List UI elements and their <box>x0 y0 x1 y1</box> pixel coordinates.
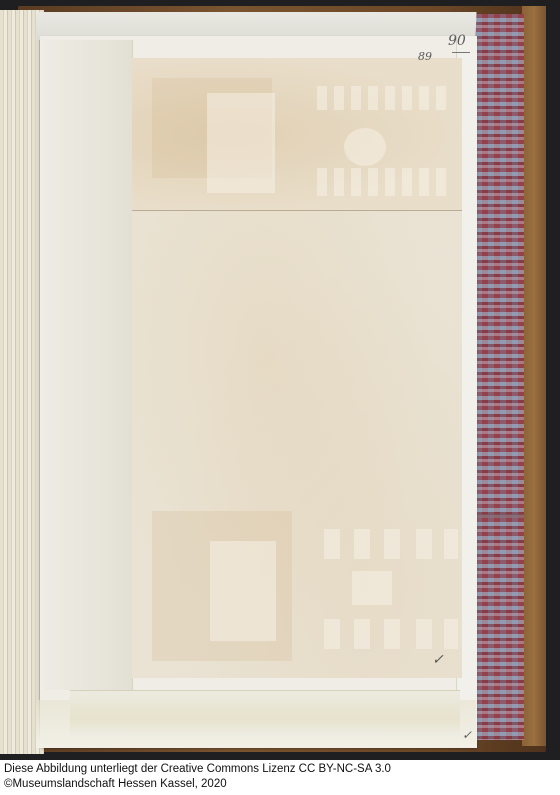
faded-round-window <box>344 128 386 166</box>
faded-window <box>402 86 412 110</box>
faded-window <box>384 619 400 649</box>
faded-window <box>324 619 340 649</box>
faded-window <box>385 86 395 110</box>
faded-window <box>334 86 344 110</box>
faded-window-block <box>207 93 275 193</box>
faded-window <box>444 619 458 649</box>
print-lower-panel <box>132 211 462 678</box>
faded-window <box>317 168 327 196</box>
book-board-edge <box>522 6 546 746</box>
mounting-left-margin <box>44 40 133 690</box>
faded-window <box>419 168 429 196</box>
scanned-photo: 89 90 ✓ ✓ <box>0 0 560 760</box>
faded-window <box>354 619 370 649</box>
faded-window-block <box>210 541 276 641</box>
marbled-paper-edge <box>476 14 524 740</box>
faded-window <box>416 619 432 649</box>
handwritten-page-number-89: 89 <box>418 50 432 63</box>
faded-window <box>444 529 458 559</box>
page-number-underline <box>452 52 470 53</box>
faded-window <box>368 168 378 196</box>
handwritten-check-mark-bottom: ✓ <box>462 728 472 742</box>
handwritten-check-mark: ✓ <box>432 652 444 668</box>
faded-window <box>436 168 446 196</box>
faded-window <box>436 86 446 110</box>
faded-window <box>384 529 400 559</box>
faded-window <box>416 529 432 559</box>
license-caption: Diese Abbildung unterliegt der Creative … <box>4 762 391 792</box>
copyright-line: ©Museumslandschaft Hessen Kassel, 2020 <box>4 777 391 792</box>
faded-window <box>352 571 392 605</box>
handwritten-page-number-90: 90 <box>448 33 466 49</box>
faded-window <box>324 529 340 559</box>
faded-window <box>385 168 395 196</box>
faded-window <box>317 86 327 110</box>
faded-window <box>351 168 361 196</box>
faded-window <box>368 86 378 110</box>
folded-paper-strip <box>70 690 460 737</box>
marbled-paper-seam <box>476 514 524 518</box>
license-line: Diese Abbildung unterliegt der Creative … <box>4 762 391 777</box>
faded-window <box>351 86 361 110</box>
faded-window <box>419 86 429 110</box>
faded-window <box>354 529 370 559</box>
print-upper-panel <box>132 58 462 211</box>
faded-window <box>334 168 344 196</box>
faded-window <box>402 168 412 196</box>
